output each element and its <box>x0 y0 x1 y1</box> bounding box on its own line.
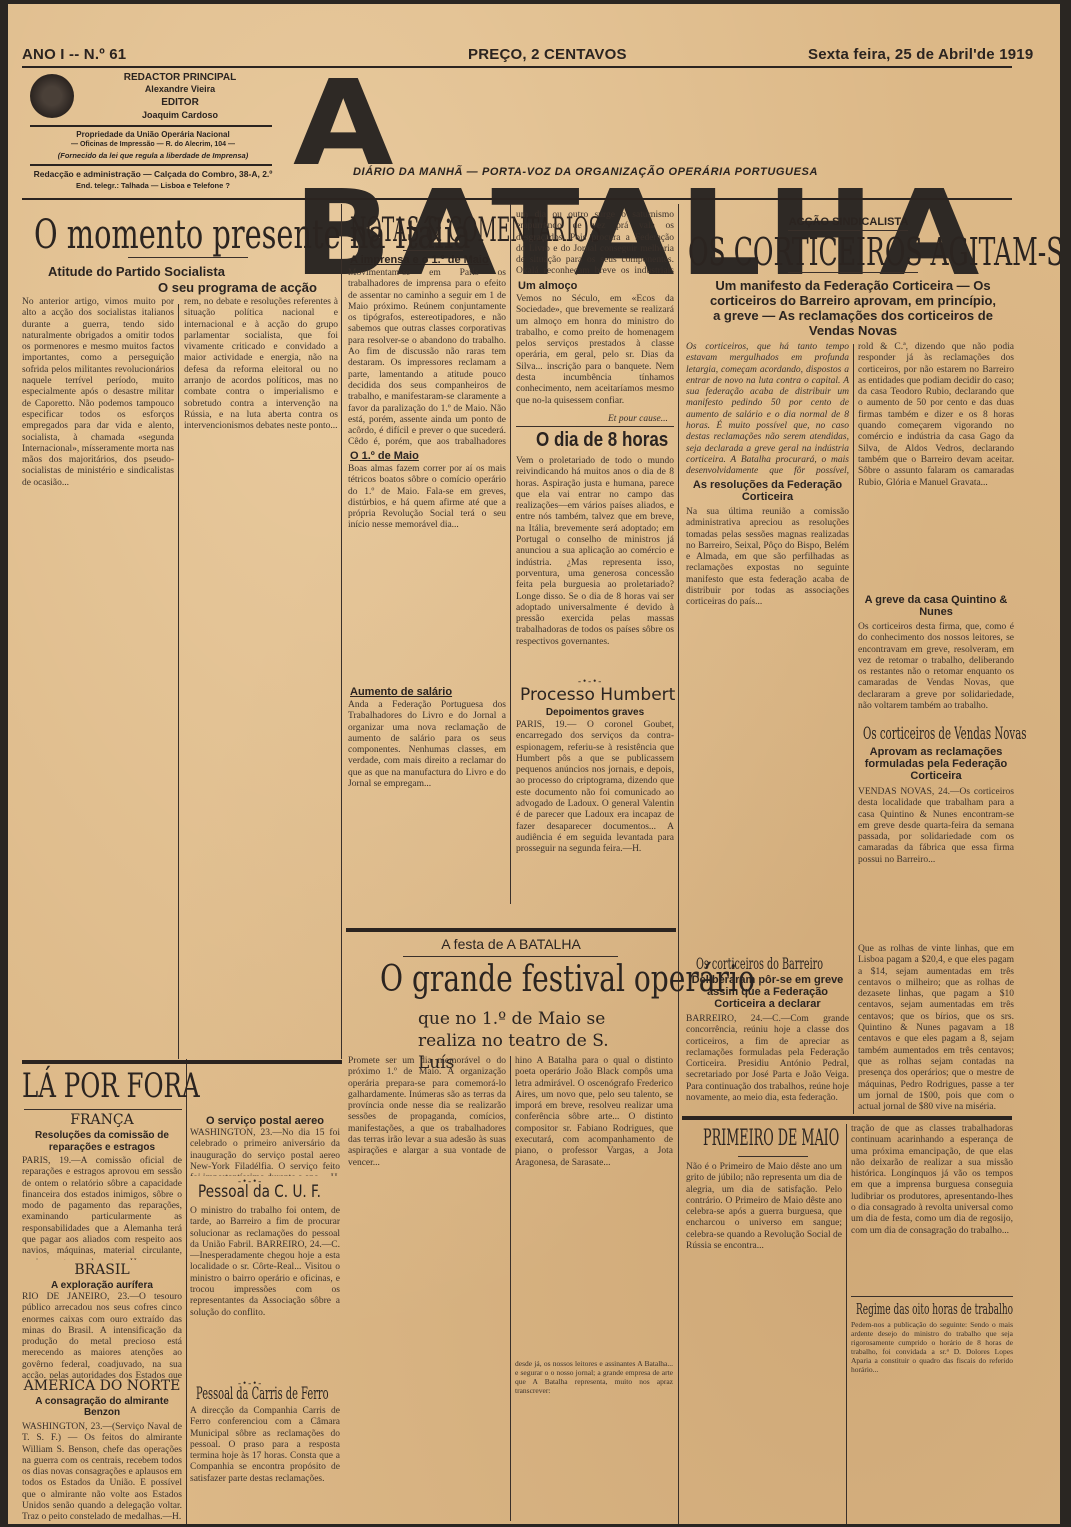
headline-festival: O grande festival operário <box>380 959 755 1000</box>
headline-cuf: Pessoal da C. U. F. <box>198 1182 321 1202</box>
kicker-accao-sindicalista: ACÇÃO SINDICALISTA <box>686 216 1011 228</box>
publication-date: Sexta feira, 25 de Abril'de 1919 <box>808 46 1033 63</box>
deck-franca: Resoluções da comissão de reparações e e… <box>22 1130 182 1154</box>
cuf-body: O ministro do trabalho foi ontem, de tar… <box>190 1206 340 1376</box>
headline-oito-horas: O dia de 8 horas <box>536 429 668 452</box>
franca-body: PARIS, 19.—A comissão oficial de reparaç… <box>22 1156 182 1260</box>
divider <box>128 257 248 258</box>
divider <box>24 1109 182 1110</box>
section-primeiro-maio: O 1.º de Maio <box>350 450 419 462</box>
editor-name: Alexandre Vieira <box>80 84 280 94</box>
deck-vendas-novas: Aprovam as reclamações formuladas pela F… <box>858 746 1014 782</box>
section-brasil: BRASIL <box>22 1262 182 1278</box>
headline-humbert: Processo Humbert <box>520 685 675 705</box>
printing-line: — Oficinas de Impressão — R. do Alecrim,… <box>28 141 278 148</box>
oito-horas-body: Vem o proletariado de todo o mundo reivi… <box>516 456 674 674</box>
divider <box>738 1156 808 1157</box>
divider <box>403 956 618 957</box>
headline-corticeiros: OS CORTICEIROS AGITAM-SE <box>688 230 1060 274</box>
postal-body: WASHINGTON, 23.—No dia 15 foi celebrado … <box>190 1128 340 1176</box>
notas-body-4-end: Et pour cause... <box>608 414 668 425</box>
column-divider <box>510 1056 511 1521</box>
humbert-body: PARIS, 19.— O coronel Goubet, encarregad… <box>516 720 674 904</box>
notas-body-1: Movimentam-se em Paris os trabalhadores … <box>348 268 506 448</box>
headline-la-por-fora: LÁ POR FORA <box>22 1066 200 1106</box>
issue-number: ANO I -- N.º 61 <box>22 46 126 63</box>
legal-note: (Fornecido da lei que regula a liberdade… <box>28 151 278 160</box>
telegraph-line: End. telegr.: Talhada — Lisboa e Telefon… <box>28 181 278 190</box>
divider <box>788 272 918 273</box>
corticeiros-body-3: VENDAS NOVAS, 24.—Os corticeiros desta l… <box>858 787 1014 937</box>
credit-rule <box>30 125 272 127</box>
section-aumento-salario: Aumento de salário <box>350 686 452 698</box>
divider <box>516 426 674 427</box>
section-america: AMERICA DO NORTE <box>22 1378 182 1394</box>
corticeiros-body-2: Os corticeiros desta firma, que, como é … <box>858 622 1014 722</box>
section-rule <box>22 1060 342 1064</box>
section-servico-postal: O serviço postal aereo <box>190 1114 340 1129</box>
section-vendas-novas: Os corticeiros de Vendas Novas <box>863 724 1027 744</box>
deck-corticeiros: Um manifesto da Federação Corticeira — O… <box>708 278 998 338</box>
deck-america: A consagração do almirante Benzon <box>22 1396 182 1418</box>
carris-body: A direcção da Companhia Carris de Ferro … <box>190 1406 340 1521</box>
corticeiros-body-3b: Que as rolhas de vinte linhas, que em Li… <box>858 944 1014 1114</box>
notas-body-4: Vemos no Século, em «Ecos da Sociedade»,… <box>516 294 674 414</box>
masthead-bottom-rule <box>22 198 1012 200</box>
section-imprensa: A imprensa e o 1.º de Maio <box>350 254 489 266</box>
address-line: Redacção e administração — Calçada do Co… <box>28 169 278 179</box>
section-regime-oito-horas: Regime das oito horas de trabalho <box>856 1300 1013 1318</box>
primeiro-maio-body-2: tração de que as classes trabalhadoras c… <box>851 1124 1013 1294</box>
ownership-line: Propriedade da União Operária Nacional <box>28 130 278 139</box>
price: PREÇO, 2 CENTAVOS <box>468 46 627 63</box>
newspaper-page: ANO I -- N.º 61 PREÇO, 2 CENTAVOS Sexta … <box>8 4 1060 1524</box>
deck-italia-1: Atitude do Partido Socialista <box>48 264 225 279</box>
corticeiros-col2: rold & C.ª, dizendo que não podia respon… <box>858 342 1014 592</box>
publisher-name: Joaquim Cardoso <box>80 110 280 120</box>
corticeiros-lead: Os corticeiros, que há tanto tempo estav… <box>686 342 849 476</box>
headline-primeiro-maio: PRIMEIRO DE MAIO <box>703 1126 839 1151</box>
headline-carris: Pessoal da Carris de Ferro <box>196 1384 329 1404</box>
section-quintino-nunes: A greve da casa Quintino & Nunes <box>858 594 1014 618</box>
column-divider <box>186 1059 187 1524</box>
section-rule <box>682 1116 1012 1120</box>
corticeiros-body-1: Na sua última reunião a comissão adminis… <box>686 507 849 915</box>
festival-body-1: Promete ser um dia memorável o do próxim… <box>348 1056 506 1521</box>
deck-humbert: Depoimentos graves <box>516 707 674 718</box>
newspaper-subtitle: DIÁRIO DA MANHÃ — PORTA-VOZ DA ORGANIZAÇ… <box>353 166 818 178</box>
credit-rule-2 <box>30 164 272 166</box>
notas-body-3: Anda a Federação Portuguesa dos Trabalha… <box>348 700 506 900</box>
column-divider <box>678 204 679 1524</box>
divider <box>403 250 463 251</box>
column-divider <box>341 204 342 1059</box>
column-divider <box>178 304 179 1059</box>
column-divider <box>510 204 511 904</box>
section-rule <box>346 928 676 932</box>
primeiro-maio-body-1: Não é o Primeiro de Maio dêste ano um gr… <box>686 1162 842 1522</box>
section-almoco: Um almoço <box>518 280 577 292</box>
column-divider <box>853 344 854 1114</box>
article-body-italia-col1: No anterior artigo, vimos muito por alto… <box>22 297 174 1057</box>
seal-emblem-icon <box>30 74 74 118</box>
divider <box>851 1296 1013 1297</box>
notas-body-2: Boas almas fazem correr por aí os mais t… <box>348 464 506 684</box>
corticeiros-body-4: BARREIRO, 24.—C.—Com grande concorrência… <box>686 1014 849 1114</box>
festival-body-2: hino A Batalha para o qual o distinto po… <box>515 1056 673 1356</box>
notas-col2: um dia ou outro surge o saturnismo empur… <box>516 210 674 278</box>
kicker-festa: A festa de A BATALHA <box>346 936 676 952</box>
regime-body: Pedem-nos a publicação do seguinte: Send… <box>851 1320 1013 1520</box>
editor-label: REDACTOR PRINCIPAL <box>80 72 280 83</box>
deck-brasil: A exploração aurífera <box>22 1278 182 1293</box>
deck-italia-2: O seu programa de acção <box>158 280 317 295</box>
publisher-label: EDITOR <box>80 97 280 108</box>
america-body: WASHINGTON, 23.—(Serviço Naval de T. S. … <box>22 1422 182 1522</box>
column-divider <box>846 1124 847 1524</box>
article-body-italia-col2: rem, no debate e resoluções referentes à… <box>184 297 338 1057</box>
section-franca: FRANÇA <box>22 1112 182 1128</box>
brasil-body: RIO DE JANEIRO, 23.—O tesouro público ar… <box>22 1292 182 1378</box>
festival-body-3: desde já, os nossos leitores e assinante… <box>515 1359 673 1519</box>
section-resolucoes: As resoluções da Federação Corticeira <box>686 479 849 503</box>
